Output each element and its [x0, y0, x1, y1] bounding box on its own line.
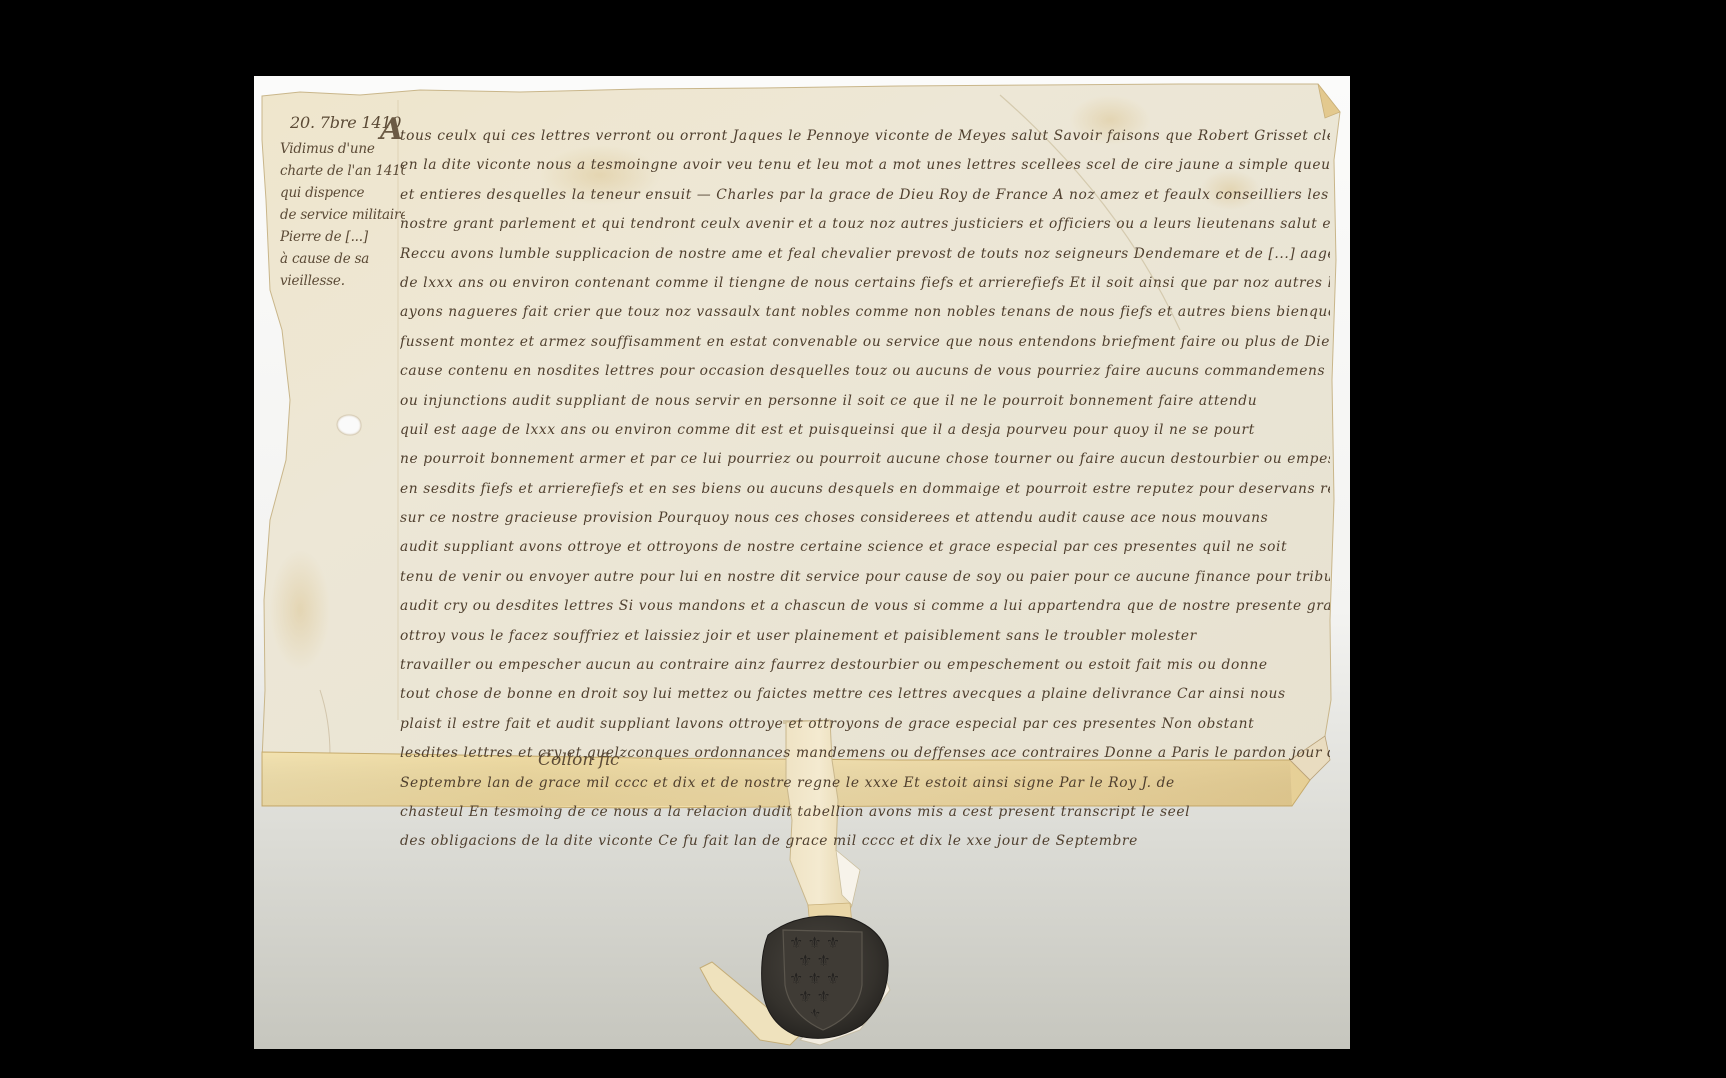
- scribe-signature: Collon fic: [538, 750, 620, 770]
- text-line: ou injunctions audit suppliant de nous s…: [400, 387, 1330, 416]
- text-line: ayons nagueres fait crier que touz noz v…: [400, 298, 1330, 327]
- decorated-initial: A: [380, 112, 404, 147]
- annotation-line: de service militaire: [280, 204, 405, 226]
- text-line: tenu de venir ou envoyer autre pour lui …: [400, 563, 1330, 592]
- text-line: cause contenu en nosdites lettres pour o…: [400, 357, 1330, 386]
- text-line: ne pourroit bonnement armer et par ce lu…: [400, 445, 1330, 474]
- text-line: de lxxx ans ou environ contenant comme i…: [400, 269, 1330, 298]
- charter-text: A tous ceulx qui ces lettres verront ou …: [400, 122, 1330, 857]
- text-line: en sesdits fiefs et arrierefiefs et en s…: [400, 475, 1330, 504]
- text-line: Reccu avons lumble supplicacion de nostr…: [400, 240, 1330, 269]
- text-line: ottroy vous le facez souffriez et laissi…: [400, 622, 1330, 651]
- text-line: tout chose de bonne en droit soy lui met…: [400, 680, 1330, 709]
- text-line: et entieres desquelles la teneur ensuit …: [400, 181, 1330, 210]
- text-line: fussent montez et armez souffisamment en…: [400, 328, 1330, 357]
- text-line: en la dite viconte nous a tesmoingne avo…: [400, 151, 1330, 180]
- annotation-line: vieillesse.: [280, 270, 405, 292]
- text-line: plaist il estre fait et audit suppliant …: [400, 710, 1330, 739]
- text-line: tous ceulx qui ces lettres verront ou or…: [400, 122, 1330, 151]
- text-line: Septembre lan de grace mil cccc et dix e…: [400, 769, 1330, 798]
- annotation-line: à cause de sa: [280, 248, 405, 270]
- text-line: travailler ou empescher aucun au contrai…: [400, 651, 1330, 680]
- text-line: audit suppliant avons ottroye et ottroyo…: [400, 533, 1330, 562]
- annotation-line: qui dispence: [280, 182, 405, 204]
- text-line: nostre grant parlement et qui tendront c…: [400, 210, 1330, 239]
- text-line: quil est aage de lxxx ans ou environ com…: [400, 416, 1330, 445]
- annotation-line: charte de l'an 1410: [280, 160, 405, 182]
- annotation-line: Pierre de [...]: [280, 226, 405, 248]
- parchment-hole: [337, 415, 361, 435]
- text-line: des obligacions de la dite viconte Ce fu…: [400, 827, 1330, 856]
- text-line: audit cry ou desdites lettres Si vous ma…: [400, 592, 1330, 621]
- text-line: chasteul En tesmoing de ce nous a la rel…: [400, 798, 1330, 827]
- text-line: sur ce nostre gracieuse provision Pourqu…: [400, 504, 1330, 533]
